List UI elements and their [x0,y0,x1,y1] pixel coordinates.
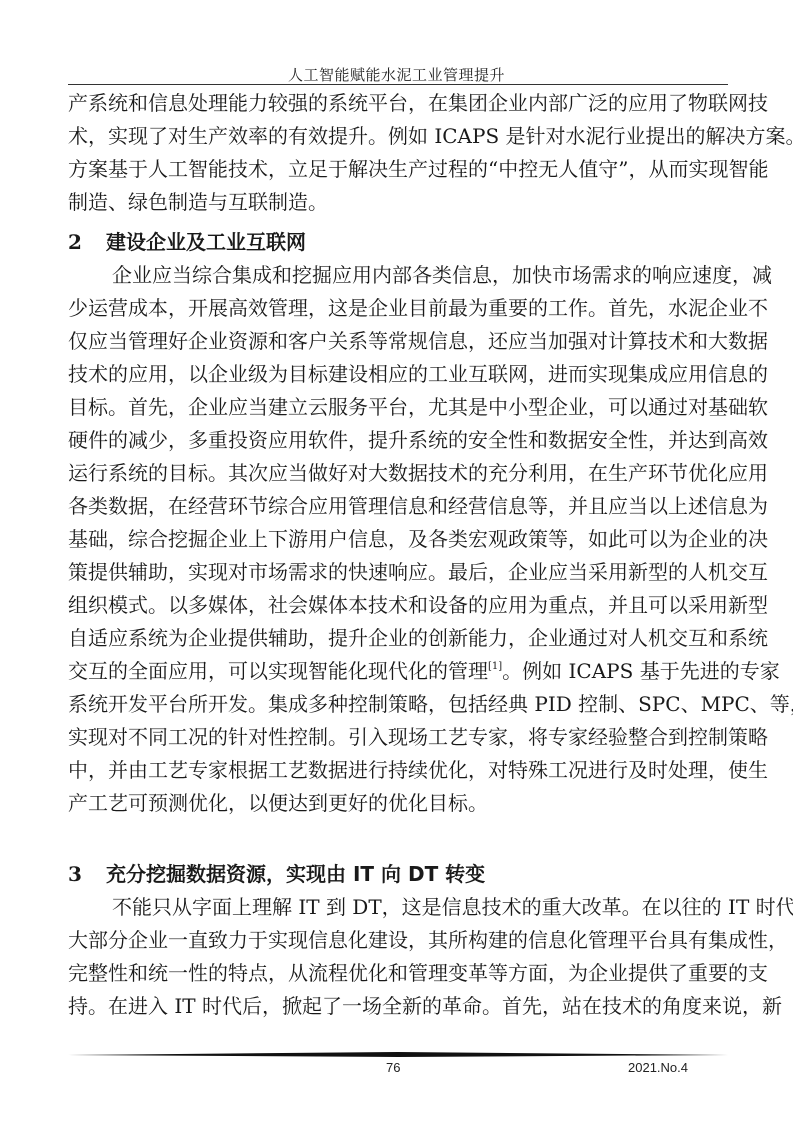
text-line: 产工艺可预测优化，以便达到更好的优化目标。 [68,791,728,815]
text-line: 目标。首先，企业应当建立云服务平台，尤其是中小型企业，可以通过对基础软 [68,395,728,419]
citation-ref[interactable]: [1] [488,661,502,672]
text-line: 仅应当管理好企业资源和客户关系等常规信息，还应当加强对计算技术和大数据 [68,329,728,353]
text-segment: 交互的全面应用，可以实现智能化现代化的管理 [68,659,488,683]
text-line: 产系统和信息处理能力较强的系统平台，在集团企业内部广泛的应用了物联网技 [68,91,728,115]
section-title: 充分挖掘数据资源，实现由 IT 向 DT 转变 [106,862,485,886]
footer-rule [68,1052,728,1057]
text-line: 企业应当综合集成和挖掘应用内部各类信息，加快市场需求的响应速度，减 [112,263,728,287]
section-heading-2: 2建设企业及工业互联网 [68,230,306,254]
text-line: 实现对不同工况的针对性控制。引入现场工艺专家，将专家经验整合到控制策略 [68,725,728,749]
text-line: 运行系统的目标。其次应当做好对大数据技术的充分利用，在生产环节优化应用 [68,461,728,485]
text-line: 中，并由工艺专家根据工艺数据进行持续优化，对特殊工况进行及时处理，使生 [68,758,728,782]
text-line: 技术的应用，以企业级为目标建设相应的工业互联网，进而实现集成应用信息的 [68,362,728,386]
text-line: 硬件的减少，多重投资应用软件，提升系统的安全性和数据安全性，并达到高效 [68,428,728,452]
text-line-with-citation: 交互的全面应用，可以实现智能化现代化的管理[1]。例如 ICAPS 基于先进的专… [68,659,728,683]
section-number: 3 [68,862,106,886]
section-heading-3: 3充分挖掘数据资源，实现由 IT 向 DT 转变 [68,862,485,886]
text-line: 组织模式。以多媒体，社会媒体本技术和设备的应用为重点，并且可以采用新型 [68,593,728,617]
text-line: 各类数据，在经营环节综合应用管理信息和经营信息等，并且应当以上述信息为 [68,494,728,518]
page-number: 76 [386,1060,400,1075]
text-line: 基础，综合挖掘企业上下游用户信息，及各类宏观政策等，如此可以为企业的决 [68,527,728,551]
text-line: 自适应系统为企业提供辅助，提升企业的创新能力，企业通过对人机交互和系统 [68,626,728,650]
text-line: 少运营成本，开展高效管理，这是企业目前最为重要的工作。首先，水泥企业不 [68,296,728,320]
text-line: 完整性和统一性的特点，从流程优化和管理变革等方面，为企业提供了重要的支 [68,961,728,985]
section-title: 建设企业及工业互联网 [106,230,306,254]
text-line: 制造、绿色制造与互联制造。 [68,190,728,214]
header-rule [68,84,728,85]
issue-label: 2021.No.4 [628,1060,688,1075]
text-line: 持。在进入 IT 时代后，掀起了一场全新的革命。首先，站在技术的角度来说，新 [68,994,728,1018]
text-segment: 。例如 ICAPS 基于先进的专家 [502,659,780,683]
header-title: 人工智能赋能水泥工业管理提升 [0,64,793,85]
text-line: 术，实现了对生产效率的有效提升。例如 ICAPS 是针对水泥行业提出的解决方案。 [68,124,728,148]
text-line: 方案基于人工智能技术，立足于解决生产过程的“中控无人值守”，从而实现智能 [68,157,728,181]
text-line: 系统开发平台所开发。集成多种控制策略，包括经典 PID 控制、SPC、MPC、等… [68,692,728,716]
text-line: 大部分企业一直致力于实现信息化建设，其所构建的信息化管理平台具有集成性， [68,928,728,952]
section-number: 2 [68,230,106,254]
text-line: 策提供辅助，实现对市场需求的快速响应。最后，企业应当采用新型的人机交互 [68,560,728,584]
text-line: 不能只从字面上理解 IT 到 DT，这是信息技术的重大改革。在以往的 IT 时代… [112,895,728,919]
